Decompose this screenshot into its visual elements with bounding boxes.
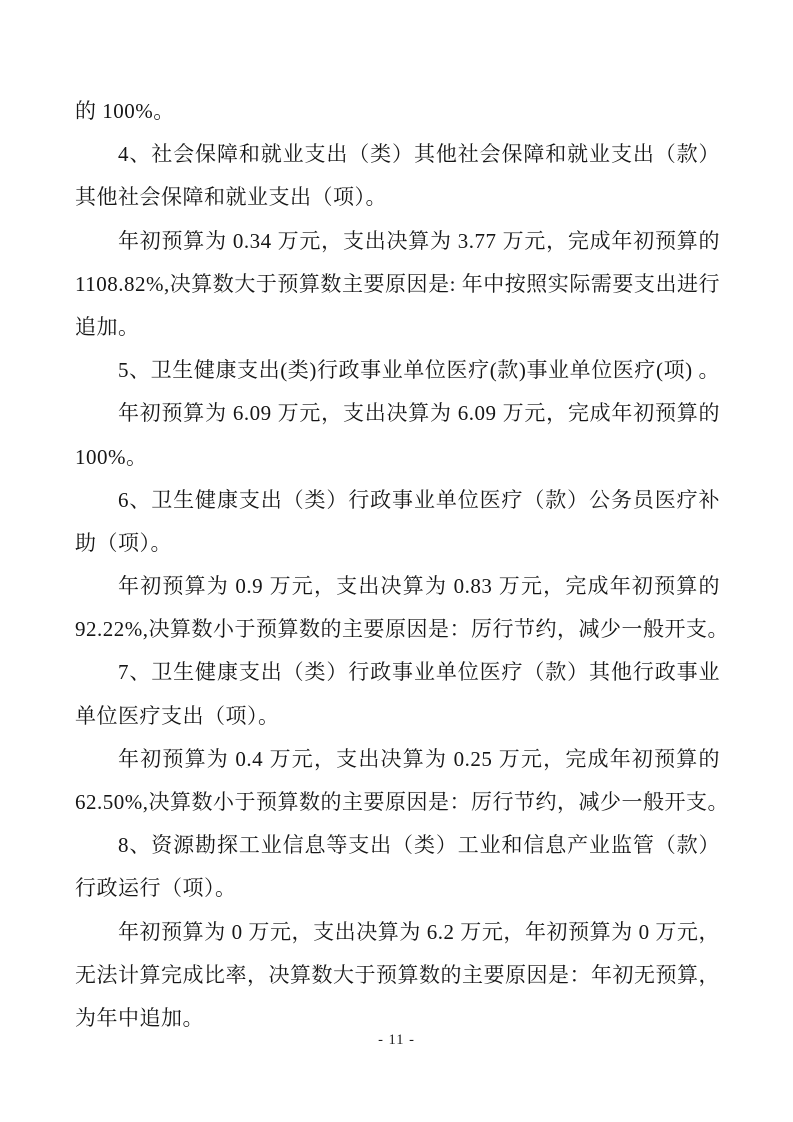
text-line: 7、卫生健康支出（类）行政事业单位医疗（款）其他行政事业 xyxy=(75,651,720,694)
text-line: 8、资源勘探工业信息等支出（类）工业和信息产业监管（款） xyxy=(75,824,720,867)
text-line: 行政运行（项）。 xyxy=(75,867,720,910)
page-number: - 11 - xyxy=(0,1032,793,1049)
text-line: 追加。 xyxy=(75,306,720,349)
text-line: 5、卫生健康支出(类)行政事业单位医疗(款)事业单位医疗(项) 。 xyxy=(75,349,720,392)
text-line: 1108.82%,决算数大于预算数主要原因是: 年中按照实际需要支出进行 xyxy=(75,263,720,306)
text-line: 6、卫生健康支出（类）行政事业单位医疗（款）公务员医疗补 xyxy=(75,479,720,522)
text-line: 年初预算为 0.4 万元，支出决算为 0.25 万元，完成年初预算的 xyxy=(75,738,720,781)
document-body: 的 100%。4、社会保障和就业支出（类）其他社会保障和就业支出（款）其他社会保… xyxy=(75,90,720,1040)
text-line: 其他社会保障和就业支出（项）。 xyxy=(75,176,720,219)
text-line: 单位医疗支出（项）。 xyxy=(75,695,720,738)
text-line: 62.50%,决算数小于预算数的主要原因是：厉行节约，减少一般开支。 xyxy=(75,781,720,824)
text-line: 4、社会保障和就业支出（类）其他社会保障和就业支出（款） xyxy=(75,133,720,176)
text-line: 年初预算为 0.9 万元，支出决算为 0.83 万元，完成年初预算的 xyxy=(75,565,720,608)
text-line: 无法计算完成比率，决算数大于预算数的主要原因是：年初无预算， xyxy=(75,954,720,997)
document-page: 的 100%。4、社会保障和就业支出（类）其他社会保障和就业支出（款）其他社会保… xyxy=(0,0,793,1122)
text-line: 92.22%,决算数小于预算数的主要原因是：厉行节约，减少一般开支。 xyxy=(75,608,720,651)
text-line: 年初预算为 0.34 万元，支出决算为 3.77 万元，完成年初预算的 xyxy=(75,220,720,263)
text-line: 年初预算为 6.09 万元，支出决算为 6.09 万元，完成年初预算的 xyxy=(75,392,720,435)
text-line: 的 100%。 xyxy=(75,90,720,133)
text-line: 助（项）。 xyxy=(75,522,720,565)
text-line: 年初预算为 0 万元，支出决算为 6.2 万元，年初预算为 0 万元， xyxy=(75,911,720,954)
text-line: 100%。 xyxy=(75,436,720,479)
